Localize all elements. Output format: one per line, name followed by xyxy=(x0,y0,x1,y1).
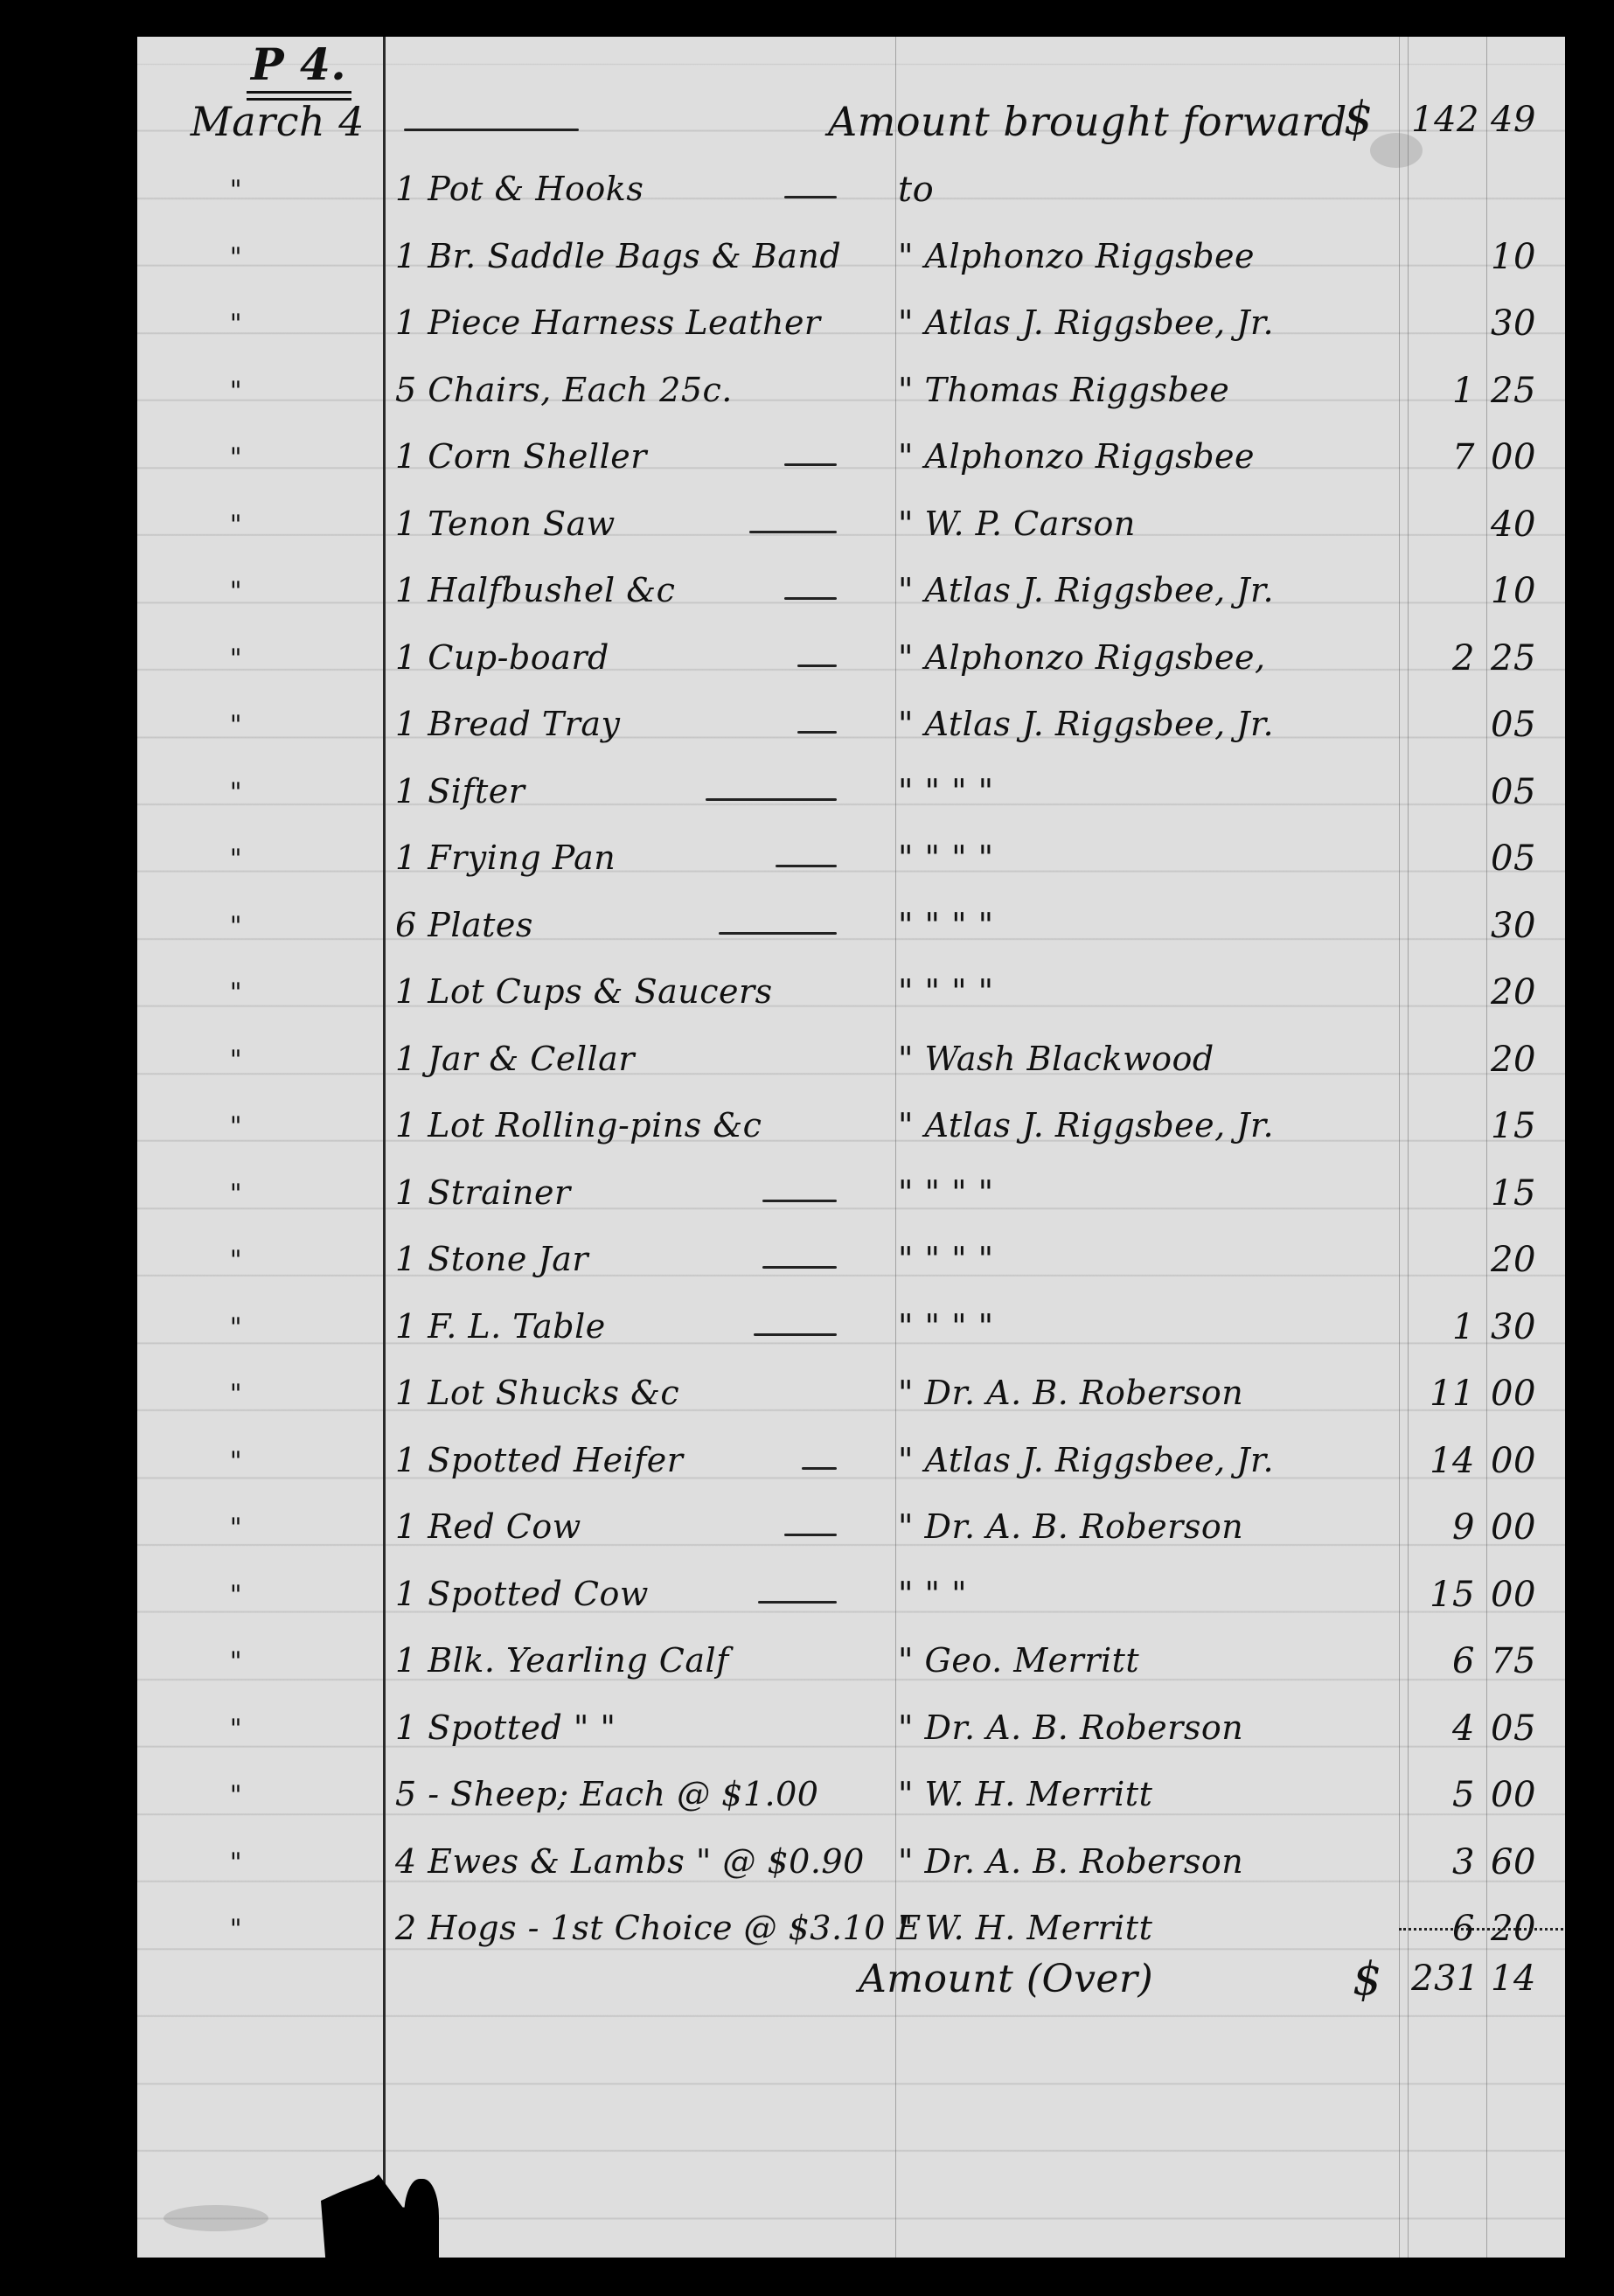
entry-date: March 4 xyxy=(137,98,365,145)
amount-dollars: 1 xyxy=(1396,1307,1475,1347)
buyer-name: " Wash Blackwood xyxy=(898,1040,1214,1078)
bleed-mark xyxy=(163,2205,268,2231)
item-description: 1 Sifter xyxy=(395,772,525,811)
dollar-sign-icon: $ xyxy=(1353,1953,1382,2006)
buyer-name: " Dr. A. B. Roberson xyxy=(898,1374,1243,1412)
item-description: 1 Bread Tray xyxy=(395,705,621,743)
amount-cents: 60 xyxy=(1491,1842,1561,1882)
flourish-dash xyxy=(784,463,837,466)
buyer-name: " " " " xyxy=(898,1173,994,1212)
ditto-mark: " xyxy=(137,1513,242,1543)
buyer-name: " Alphonzo Riggsbee, xyxy=(898,638,1266,677)
flourish-dash xyxy=(404,129,579,131)
forward-cents: 49 xyxy=(1491,100,1561,140)
amount-cents: 20 xyxy=(1491,972,1561,1012)
buyer-name: " Atlas J. Riggsbee, Jr. xyxy=(898,1106,1274,1145)
flourish-dash xyxy=(784,1534,837,1536)
ditto-mark: " xyxy=(137,1780,242,1811)
forward-dollars: 142 xyxy=(1401,100,1479,140)
total-dollars: 231 xyxy=(1401,1959,1479,1999)
ditto-mark: " xyxy=(137,175,242,205)
amount-dollars: 1 xyxy=(1396,371,1475,411)
item-description: 1 Stone Jar xyxy=(395,1240,588,1278)
item-description: 1 Lot Shucks &c xyxy=(395,1374,679,1412)
sum-underline xyxy=(1399,1923,1563,1931)
buyer-name: " " " " xyxy=(898,1240,994,1278)
item-description: 2 Hogs - 1st Choice @ $3.10 E xyxy=(395,1909,922,1947)
buyer-name: " Dr. A. B. Roberson xyxy=(898,1708,1243,1747)
ditto-mark: " xyxy=(137,1179,242,1209)
ditto-mark: " xyxy=(137,442,242,473)
item-description: 1 F. L. Table xyxy=(395,1307,606,1346)
amount-cents: 30 xyxy=(1491,303,1561,344)
ditto-mark: " xyxy=(137,1646,242,1677)
amount-cents: 00 xyxy=(1491,1775,1561,1815)
buyer-name: " Alphonzo Riggsbee xyxy=(898,437,1255,476)
ditto-mark: " xyxy=(137,911,242,942)
amount-dollars: 9 xyxy=(1396,1507,1475,1548)
total-cents: 14 xyxy=(1491,1959,1561,1999)
flourish-dash xyxy=(797,664,837,667)
amount-cents: 10 xyxy=(1491,237,1561,277)
to-label: to xyxy=(898,170,934,210)
margin-rule xyxy=(383,37,386,2258)
ditto-mark: " xyxy=(137,1580,242,1611)
buyer-name: " Dr. A. B. Roberson xyxy=(898,1507,1243,1546)
buyer-name: " " " " xyxy=(898,972,994,1011)
amount-cents: 30 xyxy=(1491,1307,1561,1347)
flourish-dash xyxy=(706,798,837,801)
ditto-mark: " xyxy=(137,242,242,273)
amount-cents: 20 xyxy=(1491,1040,1561,1080)
ditto-mark: " xyxy=(137,1847,242,1878)
amount-cents: 00 xyxy=(1491,437,1561,477)
amount-dollars: 4 xyxy=(1396,1708,1475,1749)
amount-cents: 00 xyxy=(1491,1374,1561,1414)
buyer-name: " W. H. Merritt xyxy=(898,1775,1152,1813)
flourish-dash xyxy=(784,597,837,600)
ditto-mark: " xyxy=(137,309,242,339)
item-description: 1 Br. Saddle Bags & Band xyxy=(395,237,841,275)
torn-paper-region xyxy=(404,2179,439,2262)
ditto-mark: " xyxy=(137,844,242,874)
buyer-name: " W. P. Carson xyxy=(898,504,1136,543)
dollar-sign-icon: $ xyxy=(1344,93,1374,145)
ditto-mark: " xyxy=(137,1379,242,1409)
item-description: 1 Piece Harness Leather xyxy=(395,303,821,342)
amount-cents: 10 xyxy=(1491,571,1561,611)
ditto-mark: " xyxy=(137,376,242,407)
ditto-mark: " xyxy=(137,1446,242,1477)
flourish-dash xyxy=(762,1266,837,1269)
item-description: 1 Halfbushel &c xyxy=(395,571,675,609)
item-description: 5 Chairs, Each 25c. xyxy=(395,371,733,409)
amount-cents: 15 xyxy=(1491,1173,1561,1214)
amount-dollars: 15 xyxy=(1396,1575,1475,1615)
buyer-name: " Atlas J. Riggsbee, Jr. xyxy=(898,303,1274,342)
item-description: 1 Frying Pan xyxy=(395,838,616,877)
item-description: 1 Spotted " " xyxy=(395,1708,616,1747)
buyer-name: " Atlas J. Riggsbee, Jr. xyxy=(898,1441,1274,1479)
amount-cents: 00 xyxy=(1491,1507,1561,1548)
amount-cents: 00 xyxy=(1491,1441,1561,1481)
ditto-mark: " xyxy=(137,1714,242,1744)
amount-cents: 05 xyxy=(1491,772,1561,812)
buyer-name: " W. H. Merritt xyxy=(898,1909,1152,1947)
item-description: 5 - Sheep; Each @ $1.00 xyxy=(395,1775,818,1813)
item-description: 1 Lot Rolling-pins &c xyxy=(395,1106,762,1145)
item-description: 1 Spotted Heifer xyxy=(395,1441,683,1479)
ditto-mark: " xyxy=(137,510,242,540)
page-number-underline xyxy=(247,91,351,94)
amount-dollars: 7 xyxy=(1396,437,1475,477)
amount-dollars: 3 xyxy=(1396,1842,1475,1882)
amount-cents: 05 xyxy=(1491,1708,1561,1749)
amount-cents: 20 xyxy=(1491,1240,1561,1280)
item-description: 1 Red Cow xyxy=(395,1507,581,1546)
ditto-mark: " xyxy=(137,576,242,607)
item-description: 6 Plates xyxy=(395,906,533,944)
amount-cents: 30 xyxy=(1491,906,1561,946)
ditto-mark: " xyxy=(137,978,242,1008)
amount-cents: 40 xyxy=(1491,504,1561,545)
flourish-dash xyxy=(719,932,837,935)
amount-cents: 75 xyxy=(1491,1641,1561,1681)
amount-dollars: 5 xyxy=(1396,1775,1475,1815)
amount-cents: 00 xyxy=(1491,1575,1561,1615)
item-description: 1 Strainer xyxy=(395,1173,571,1212)
ditto-mark: " xyxy=(137,1111,242,1142)
item-description: 1 Cup-board xyxy=(395,638,609,677)
flourish-dash xyxy=(802,1467,837,1470)
buyer-name: " Geo. Merritt xyxy=(898,1641,1139,1680)
flourish-dash xyxy=(754,1333,837,1336)
buyer-name: " " " " xyxy=(898,838,994,877)
total-label: Amount (Over) xyxy=(859,1957,1153,2001)
buyer-name: " Thomas Riggsbee xyxy=(898,371,1229,409)
amount-dollars: 6 xyxy=(1396,1641,1475,1681)
ditto-mark: " xyxy=(137,1312,242,1343)
amount-dollars: 11 xyxy=(1396,1374,1475,1414)
flourish-dash xyxy=(762,1200,837,1202)
buyer-name: " Alphonzo Riggsbee xyxy=(898,237,1255,275)
item-description: 1 Blk. Yearling Calf xyxy=(395,1641,729,1680)
flourish-dash xyxy=(784,196,837,198)
item-description: 1 Tenon Saw xyxy=(395,504,616,543)
item-description: 1 Corn Sheller xyxy=(395,437,647,476)
flourish-dash xyxy=(776,865,837,867)
item-description: 1 Spotted Cow xyxy=(395,1575,649,1613)
buyer-name: " " " xyxy=(898,1575,967,1613)
ditto-mark: " xyxy=(137,777,242,808)
item-description: 4 Ewes & Lambs " @ $0.90 xyxy=(395,1842,865,1881)
ditto-mark: " xyxy=(137,1045,242,1075)
flourish-dash xyxy=(749,531,837,533)
buyer-name: " " " " xyxy=(898,1307,994,1346)
amount-cents: 05 xyxy=(1491,838,1561,879)
amount-cents: 15 xyxy=(1491,1106,1561,1146)
item-description: 1 Pot & Hooks xyxy=(395,170,644,208)
item-description: 1 Jar & Cellar xyxy=(395,1040,635,1078)
ditto-mark: " xyxy=(137,644,242,674)
flourish-dash xyxy=(758,1601,837,1604)
amount-cents: 25 xyxy=(1491,638,1561,678)
buyer-name: " Atlas J. Riggsbee, Jr. xyxy=(898,705,1274,743)
ink-stain xyxy=(1370,133,1423,168)
amount-cents: 25 xyxy=(1491,371,1561,411)
forward-label: Amount brought forward xyxy=(828,98,1347,145)
buyer-name: " " " " xyxy=(898,906,994,944)
flourish-dash xyxy=(797,731,837,734)
ditto-mark: " xyxy=(137,1914,242,1945)
buyer-name: " Atlas J. Riggsbee, Jr. xyxy=(898,571,1274,609)
amount-cents: 05 xyxy=(1491,705,1561,745)
amount-dollars: 14 xyxy=(1396,1441,1475,1481)
item-description: 1 Lot Cups & Saucers xyxy=(395,972,773,1011)
ditto-mark: " xyxy=(137,710,242,741)
ditto-mark: " xyxy=(137,1245,242,1276)
buyer-name: " " " " xyxy=(898,772,994,811)
buyer-name: " Dr. A. B. Roberson xyxy=(898,1842,1243,1881)
amount-dollars: 2 xyxy=(1396,638,1475,678)
page-number: P 4. xyxy=(251,38,346,90)
ledger-page: P 4. March 4 Amount brought forward $ 14… xyxy=(137,37,1565,2258)
